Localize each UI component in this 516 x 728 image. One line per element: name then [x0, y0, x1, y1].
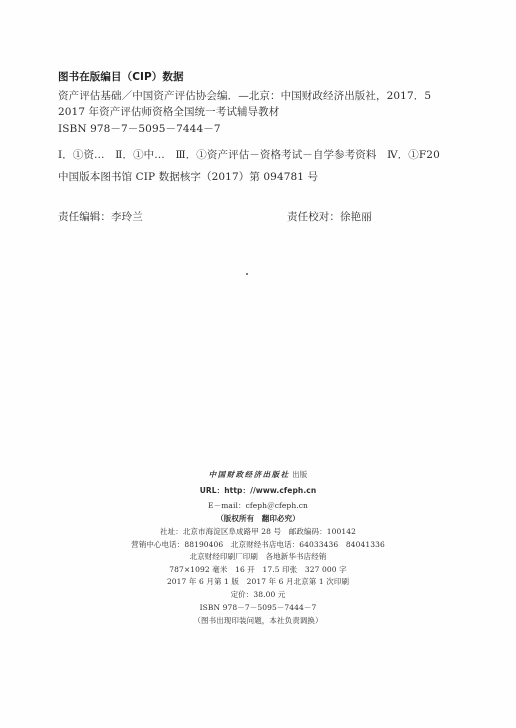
publisher-phones: 营销中心电话：88190406 北京财经书店电话：64033436 840413… [0, 540, 516, 549]
proofreader-credit: 责任校对：徐艳丽 [287, 211, 372, 223]
scan-speck [246, 273, 248, 275]
publisher-email: E－mail：cfeph＠cfeph.cn [0, 501, 516, 510]
proofreader-label: 责任校对： [287, 211, 340, 223]
publisher-logo: 中国财政经济出版社 [209, 470, 290, 479]
publisher-suffix: 出版 [290, 470, 308, 479]
quality-note: （图书出现印装问题，本社负责调换） [0, 616, 516, 625]
cip-line-title-author: 资产评估基础／中国资产评估协会编．—北京：中国财政经济出版社，2017．5 [58, 90, 431, 102]
book-specs: 787×1092 毫米 16 开 17.5 印张 327 000 字 [0, 565, 516, 574]
copyright-page: 图书在版编目（CIP）数据 资产评估基础／中国资产评估协会编．—北京：中国财政经… [0, 0, 516, 728]
editor-label: 责任编辑： [58, 211, 111, 223]
price: 定价：38.00 元 [0, 590, 516, 599]
editor-credit: 责任编辑：李玲兰 [58, 211, 143, 223]
cip-line-isbn: ISBN 978－7－5095－7444－7 [58, 123, 221, 135]
cip-classification: Ⅰ．①资… Ⅱ．①中… Ⅲ．①资产评估－资格考试－自学参考资料 Ⅳ．①F20 [58, 149, 440, 161]
cip-title: 图书在版编目（CIP）数据 [58, 71, 184, 83]
publisher-address: 社址：北京市海淀区阜成路甲 28 号 邮政编码：100142 [0, 527, 516, 536]
copyright-notice: （版权所有 翻印必究） [0, 514, 516, 523]
colophon-isbn: ISBN 978－7－5095－7444－7 [0, 603, 516, 612]
publisher-url: URL：http：//www.cfeph.cn [0, 486, 516, 495]
cip-number: 中国版本图书馆 CIP 数据核字（2017）第 094781 号 [58, 171, 318, 183]
publisher-line: 中国财政经济出版社 出版 [0, 470, 516, 479]
edition-info: 2017 年 6 月第 1 版 2017 年 6 月北京第 1 次印刷 [0, 577, 516, 586]
cip-line-series: 2017 年资产评估师资格全国统一考试辅导教材 [58, 106, 279, 118]
printing-info: 北京财经印刷厂印刷 各地新华书店经销 [0, 552, 516, 561]
proofreader-name: 徐艳丽 [340, 211, 372, 223]
editor-name: 李玲兰 [111, 211, 143, 223]
